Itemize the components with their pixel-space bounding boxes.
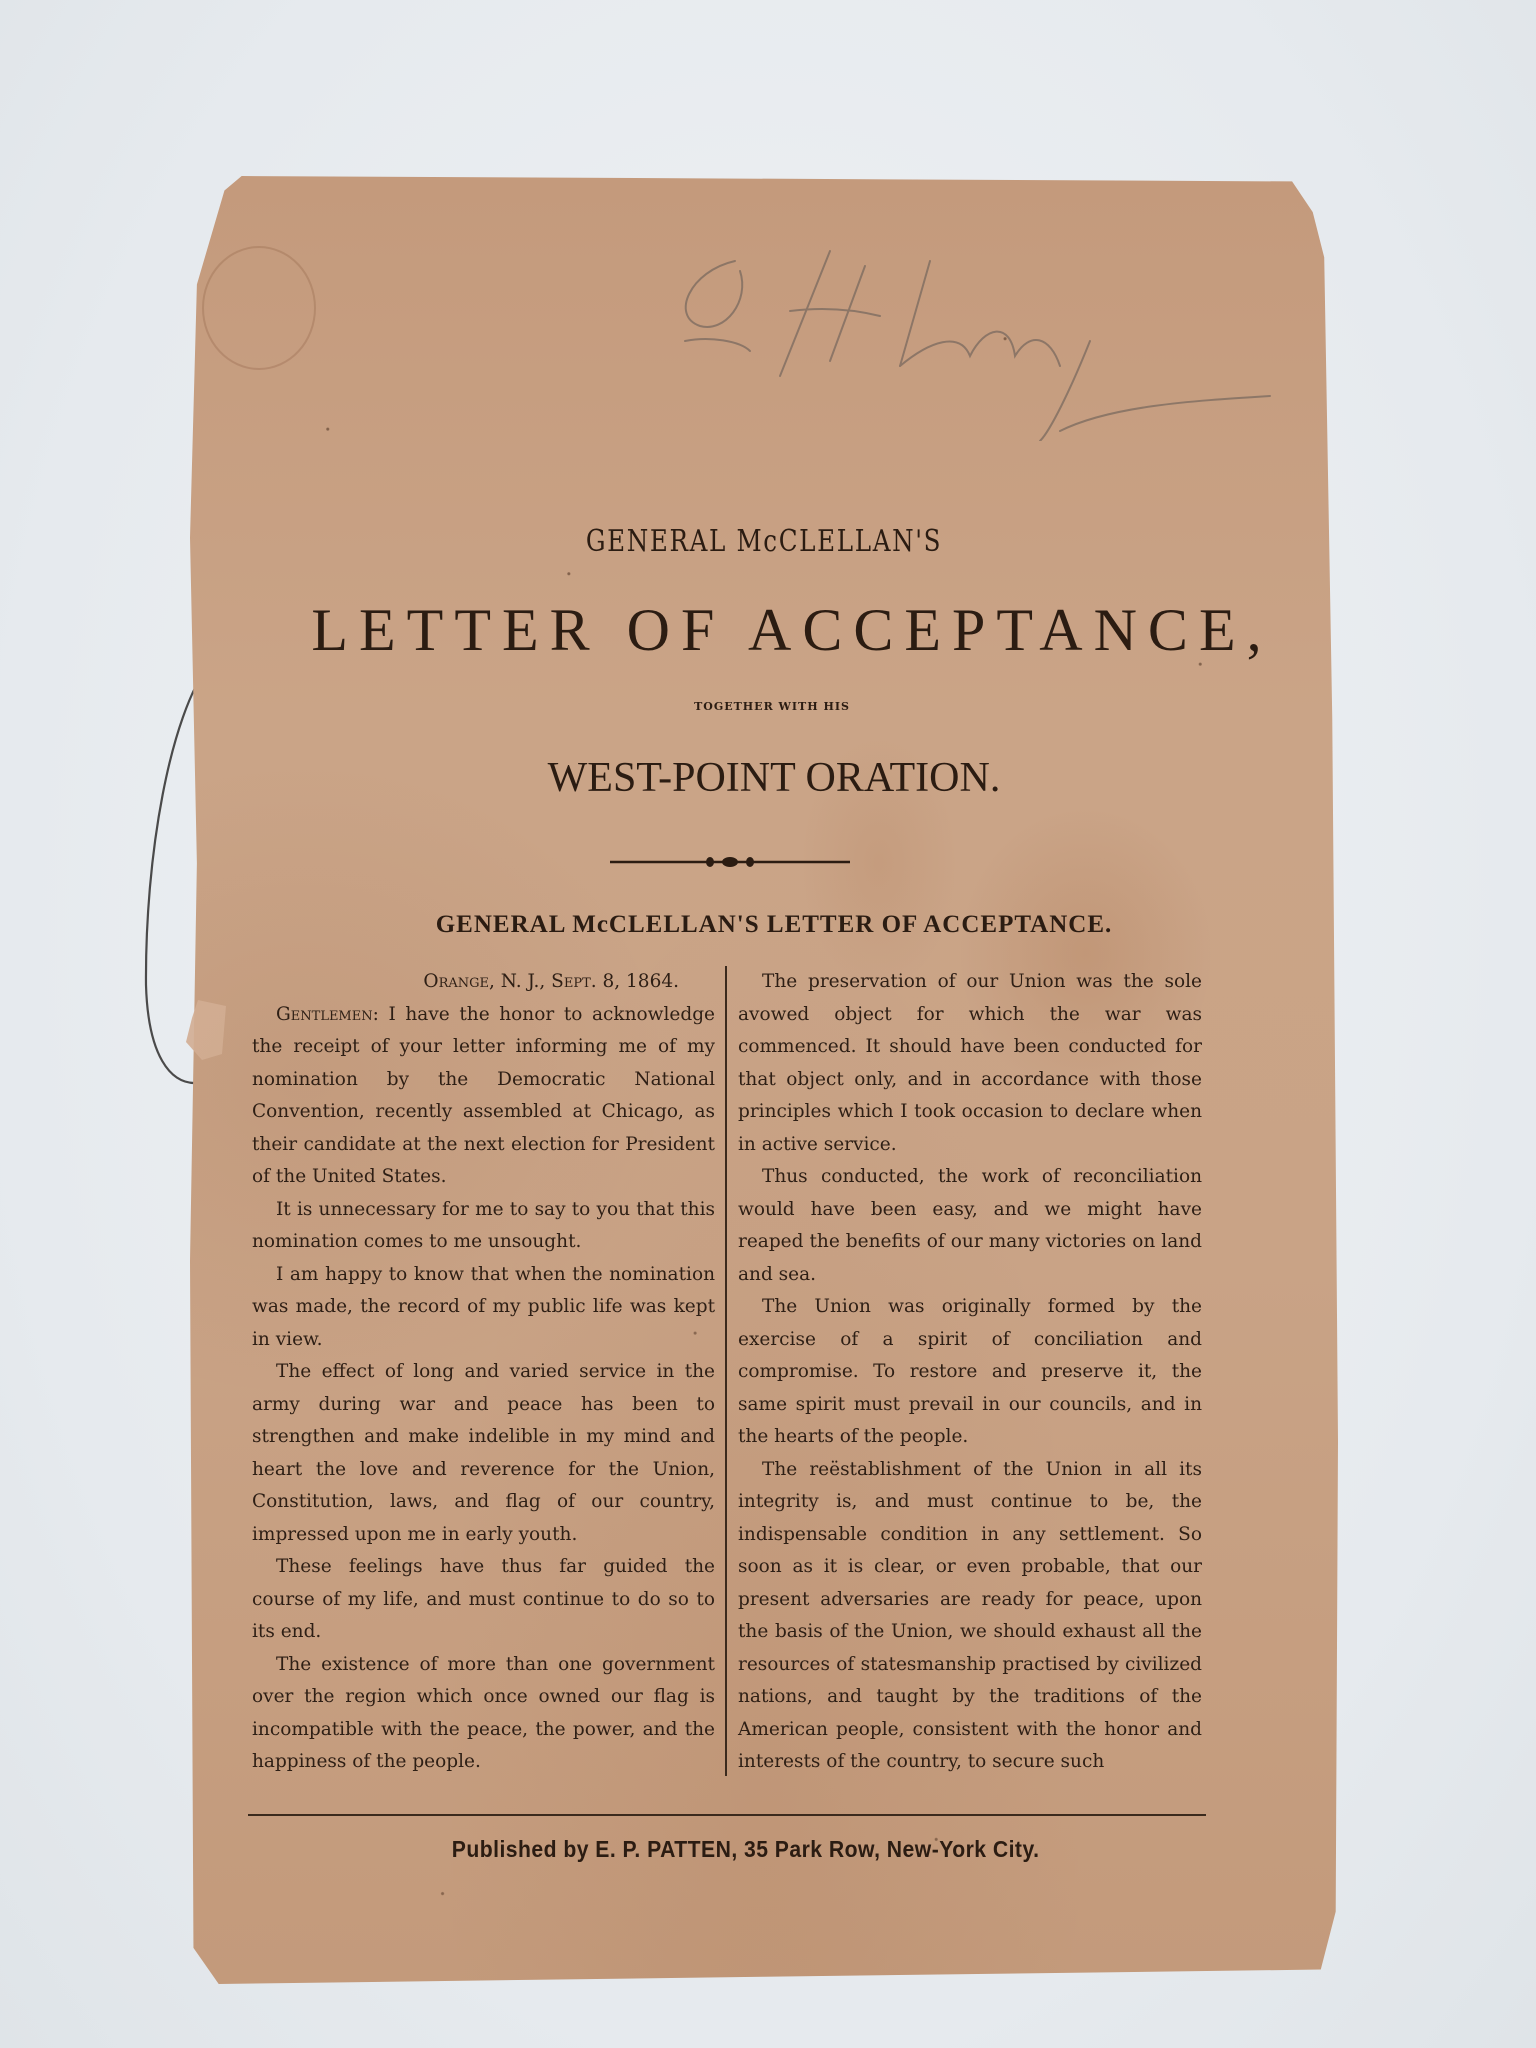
paragraph: The effect of long and varied service in… [252, 1356, 715, 1551]
dateline: Orange, N. J., Sept. 8, 1864. [252, 966, 715, 999]
printed-content: GENERAL McCLELLAN'S LETTER OF ACCEPTANCE… [190, 176, 1338, 1984]
section-heading: GENERAL McCLELLAN'S LETTER OF ACCEPTANCE… [190, 911, 1338, 939]
paragraph: The existence of more than one governmen… [252, 1649, 715, 1779]
paragraph: It is unnecessary for me to say to you t… [252, 1194, 715, 1259]
paragraph: Thus conducted, the work of reconciliati… [738, 1161, 1202, 1291]
paragraph: The Union was originally formed by the e… [738, 1291, 1202, 1454]
publisher-imprint: Published by E. P. PATTEN, 35 Park Row, … [236, 1836, 1292, 1863]
paragraph: The preservation of our Union was the so… [738, 966, 1202, 1161]
paragraph: Gentlemen: I have the honor to acknowled… [252, 999, 715, 1194]
title-west-point-oration: WEST-POINT ORATION. [190, 754, 1338, 802]
left-column: Orange, N. J., Sept. 8, 1864. Gentlemen:… [252, 966, 715, 1779]
title-together-with-his: TOGETHER WITH HIS [190, 700, 1338, 713]
paragraph: I am happy to know that when the nominat… [252, 1259, 715, 1357]
paragraph: These feelings have thus far guided the … [252, 1551, 715, 1649]
salutation: Gentlemen: [276, 1004, 379, 1025]
title-letter-of-acceptance: LETTER OF ACCEPTANCE, [190, 596, 1338, 665]
ornamental-rule-icon [610, 855, 850, 869]
pamphlet-page: GENERAL McCLELLAN'S LETTER OF ACCEPTANCE… [190, 176, 1338, 1984]
bottom-rule [248, 1814, 1206, 1816]
title-general-mcclellans: GENERAL McCLELLAN'S [293, 524, 1234, 559]
paragraph: The reëstablishment of the Union in all … [738, 1454, 1202, 1779]
column-divider [725, 966, 727, 1776]
right-column: The preservation of our Union was the so… [738, 966, 1202, 1779]
